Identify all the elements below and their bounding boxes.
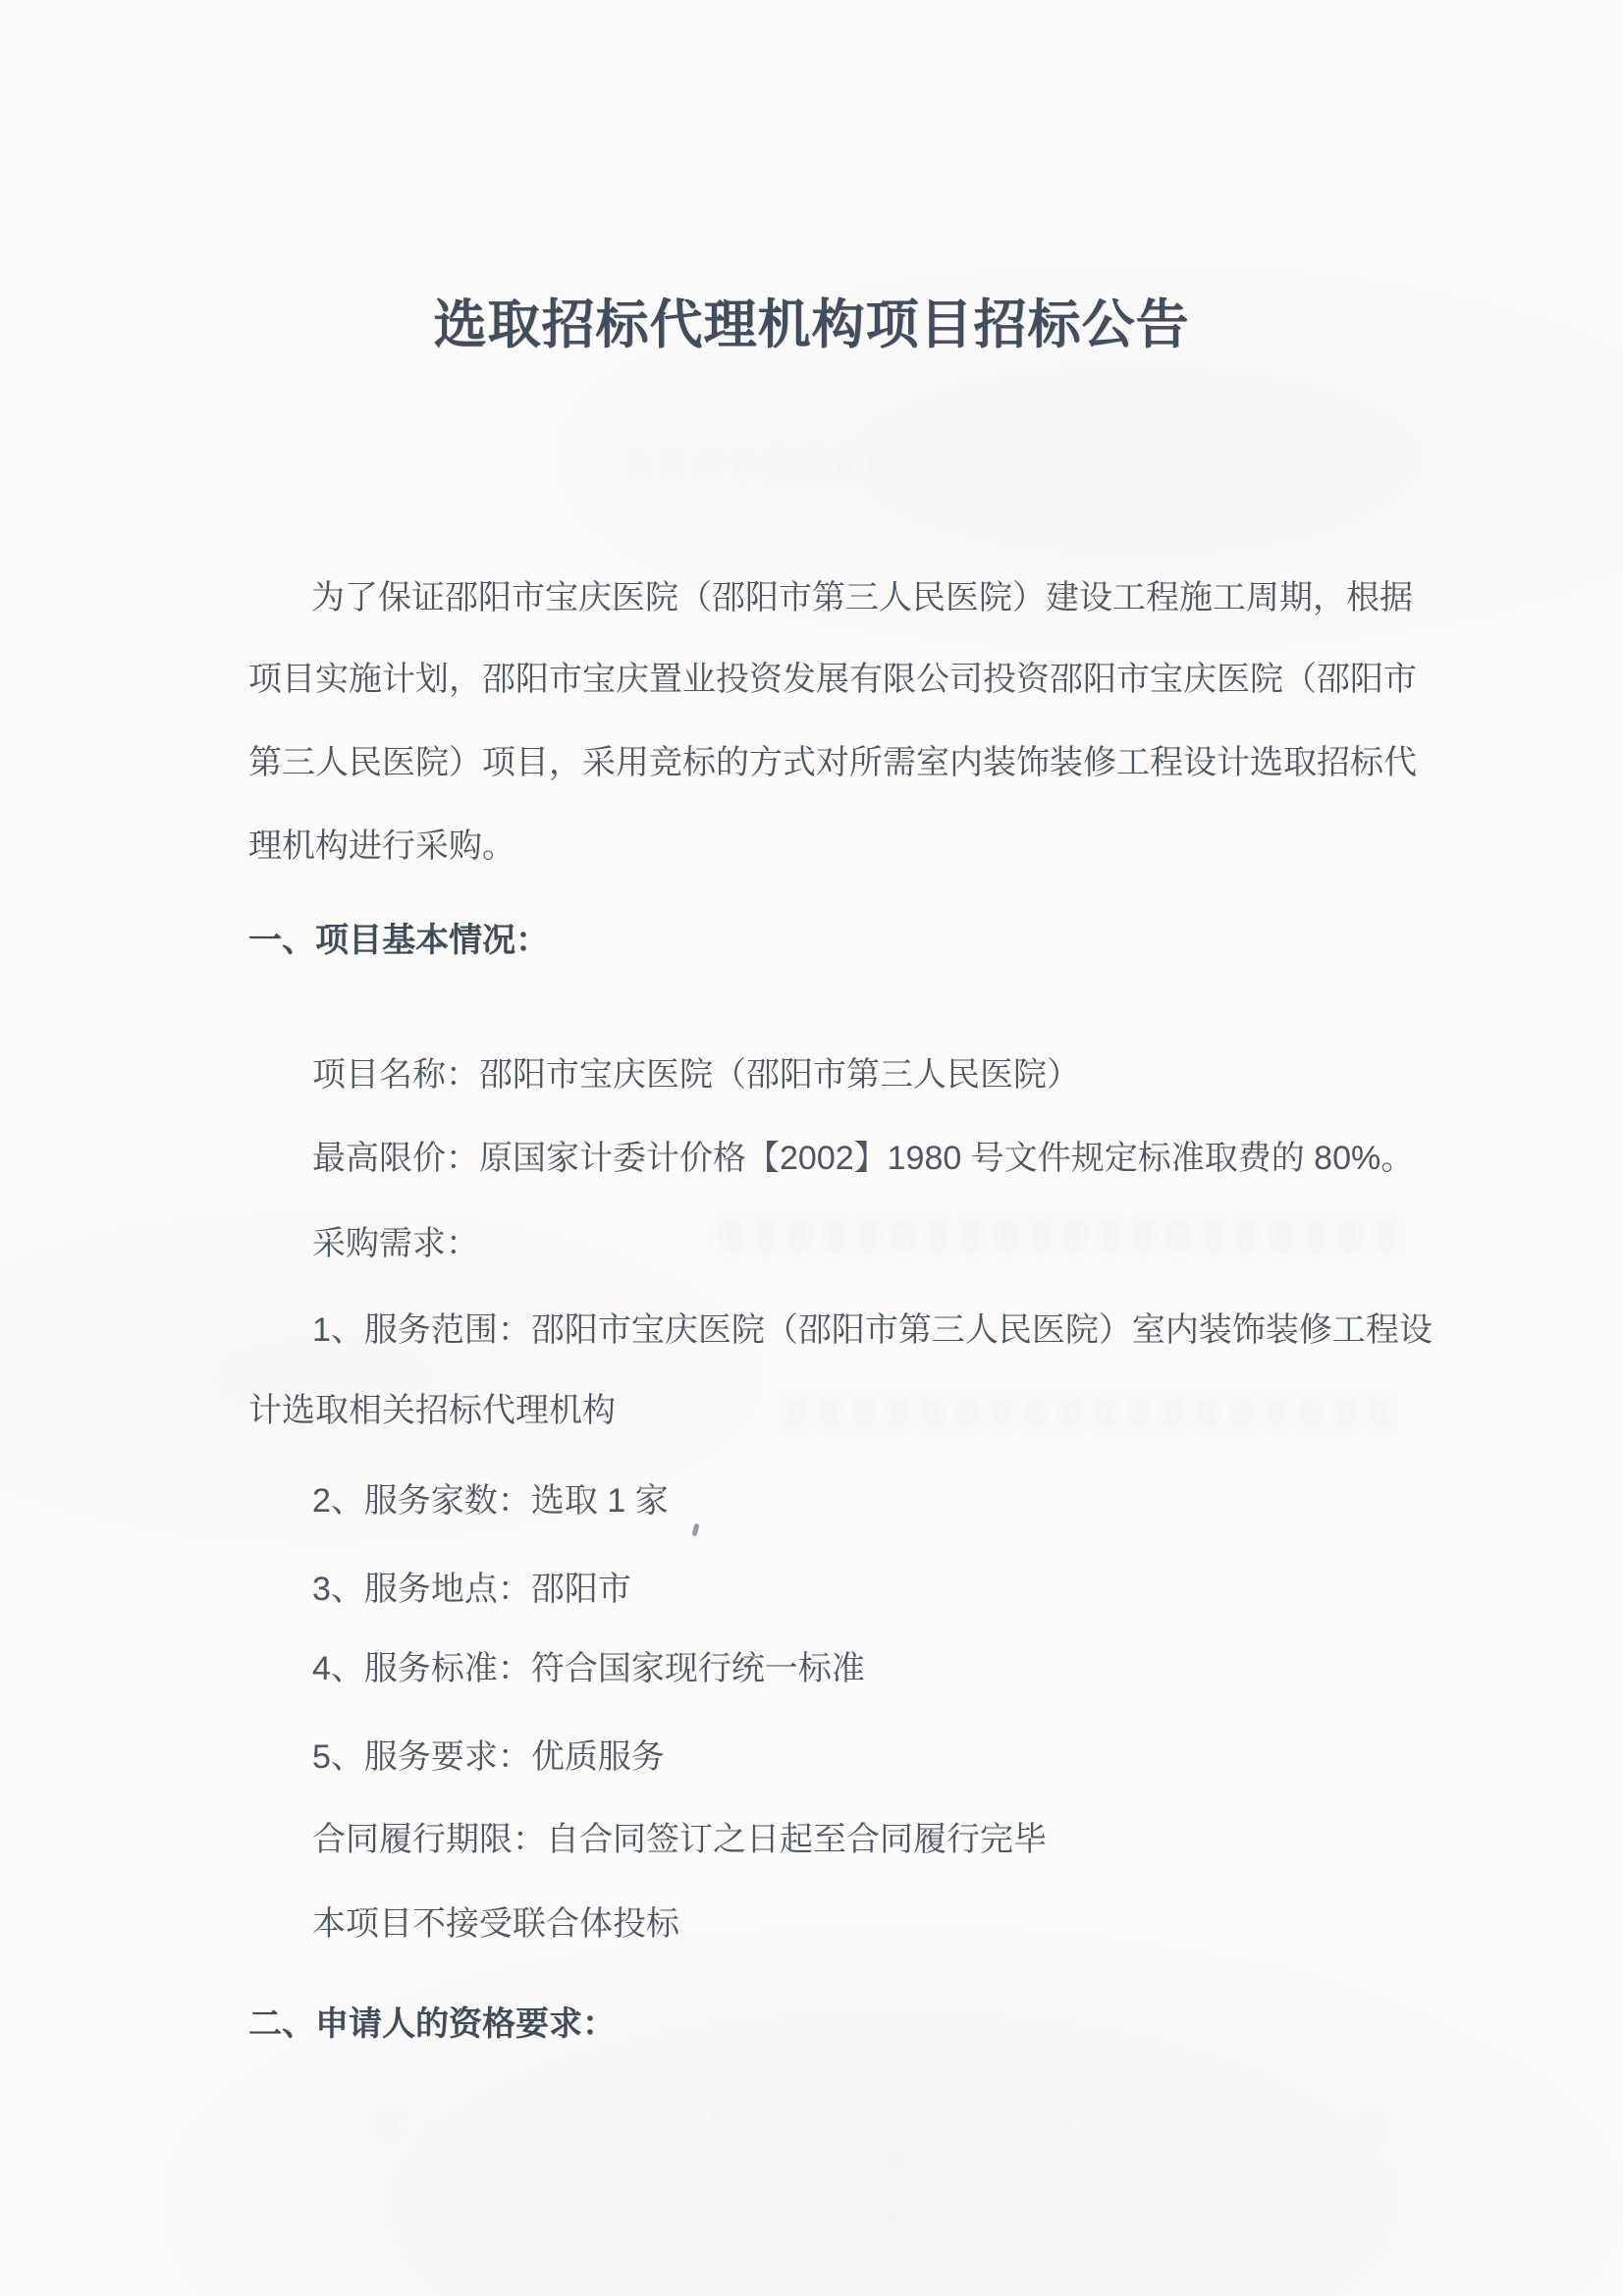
scan-artifact — [785, 1398, 1394, 1425]
section1-line: 3、服务地点：邵阳市 — [312, 1570, 631, 1609]
section1-line: 合同履行期限：自合同签订之日起至合同履行完毕 — [312, 1820, 1047, 1859]
intro-line: 项目实施计划，邵阳市宝庆置业投资发展有限公司投资邵阳市宝庆医院（邵阳市 — [248, 660, 1417, 699]
scan-artifact — [722, 1220, 1409, 1250]
scan-artifact — [628, 452, 1021, 479]
intro-line: 第三人民医院）项目，采用竞标的方式对所需室内装饰装修工程设计选取招标代 — [248, 743, 1417, 782]
section1-line: 本项目不接受联合体投标 — [312, 1904, 679, 1944]
ink-speck — [692, 1523, 700, 1537]
intro-line: 理机构进行采购。 — [248, 827, 515, 866]
document-page: 选取招标代理机构项目招标公告 为了保证邵阳市宝庆医院（邵阳市第三人民医院）建设工… — [0, 0, 1623, 2296]
section1-line: 2、服务家数：选取 1 家 — [312, 1481, 669, 1521]
intro-line: 为了保证邵阳市宝庆医院（邵阳市第三人民医院）建设工程施工周期，根据 — [311, 578, 1413, 617]
section1-line: 计选取相关招标代理机构 — [248, 1391, 616, 1430]
section1-line: 最高限价：原国家计委计价格【2002】1980 号文件规定标准取费的 80%。 — [312, 1139, 1414, 1178]
section1-heading: 一、项目基本情况： — [248, 921, 549, 960]
section1-line: 5、服务要求：优质服务 — [312, 1737, 665, 1777]
page-title: 选取招标代理机构项目招标公告 — [0, 294, 1623, 355]
section1-line: 1、服务范围：邵阳市宝庆医院（邵阳市第三人民医院）室内装饰装修工程设 — [312, 1310, 1433, 1350]
scan-artifact — [295, 2089, 1453, 2197]
section1-line: 4、服务标准：符合国家现行统一标准 — [312, 1649, 865, 1688]
section1-line: 采购需求： — [312, 1224, 479, 1263]
section1-line: 项目名称：邵阳市宝庆医院（邵阳市第三人民医院） — [312, 1055, 1080, 1095]
scan-artifact — [353, 2174, 1384, 2243]
section2-heading: 二、申请人的资格要求： — [248, 2004, 616, 2044]
